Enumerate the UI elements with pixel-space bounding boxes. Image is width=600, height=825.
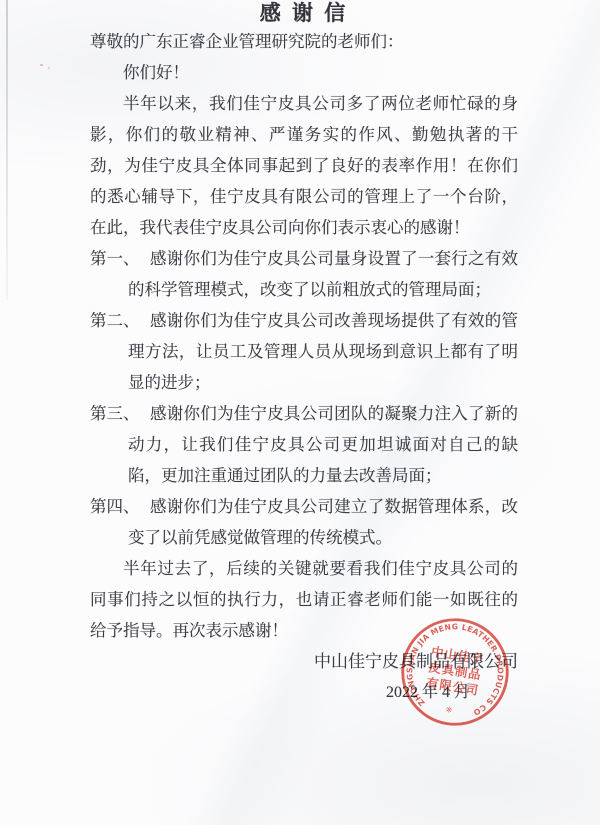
paper-edge-shadow: [6, 0, 8, 300]
intro-paragraph: 半年以来，我们佳宁皮具公司多了两位老师忙碌的身影，你们的敬业精神、严谨务实的作风…: [90, 88, 518, 243]
ink-speck: [48, 67, 50, 69]
item-number-label: 第四、: [90, 491, 140, 522]
list-item: 第四、 感谢你们为佳宁皮具公司建立了数据管理体系，改变了以前凭感觉做管理的传统模…: [90, 491, 518, 553]
greeting-line: 你们好！: [90, 57, 518, 88]
item-number-label: 第二、: [90, 305, 140, 336]
list-item: 第二、 感谢你们为佳宁皮具公司改善现场提供了有效的管理方法，让员工及管理人员从现…: [90, 305, 518, 398]
item-number-label: 第一、: [90, 243, 140, 274]
item-number-label: 第三、: [90, 398, 140, 429]
seal-graphic: ZHONGSHAN JIA MENG LEATHER PRODUCTS CO.,…: [390, 607, 520, 737]
item-text: 感谢你们为佳宁皮具公司改善现场提供了有效的管理方法，让员工及管理人员从现场到意识…: [128, 311, 518, 392]
ink-speck: [40, 64, 43, 66]
seal-star-icon: ※: [445, 705, 453, 715]
letter-body: 感 谢 信 尊敬的广东正睿企业管理研究院的老师们： 你们好！ 半年以来，我们佳宁…: [90, 0, 518, 708]
list-item: 第三、 感谢你们为佳宁皮具公司团队的凝聚力注入了新的动力，让我们佳宁皮具公司更加…: [90, 398, 518, 491]
list-item: 第一、 感谢你们为佳宁皮具公司量身设置了一套行之有效的科学管理模式，改变了以前粗…: [90, 243, 518, 305]
item-text: 感谢你们为佳宁皮具公司量身设置了一套行之有效的科学管理模式，改变了以前粗放式的管…: [128, 249, 518, 299]
letter-title: 感 谢 信: [90, 0, 518, 26]
company-seal-stamp: ZHONGSHAN JIA MENG LEATHER PRODUCTS CO.,…: [390, 607, 520, 737]
scanned-letter-page: 感 谢 信 尊敬的广东正睿企业管理研究院的老师们： 你们好！ 半年以来，我们佳宁…: [0, 0, 600, 825]
salutation-line: 尊敬的广东正睿企业管理研究院的老师们：: [90, 26, 518, 57]
item-text: 感谢你们为佳宁皮具公司团队的凝聚力注入了新的动力，让我们佳宁皮具公司更加坦诚面对…: [128, 404, 518, 485]
item-text: 感谢你们为佳宁皮具公司建立了数据管理体系，改变了以前凭感觉做管理的传统模式。: [128, 497, 518, 547]
